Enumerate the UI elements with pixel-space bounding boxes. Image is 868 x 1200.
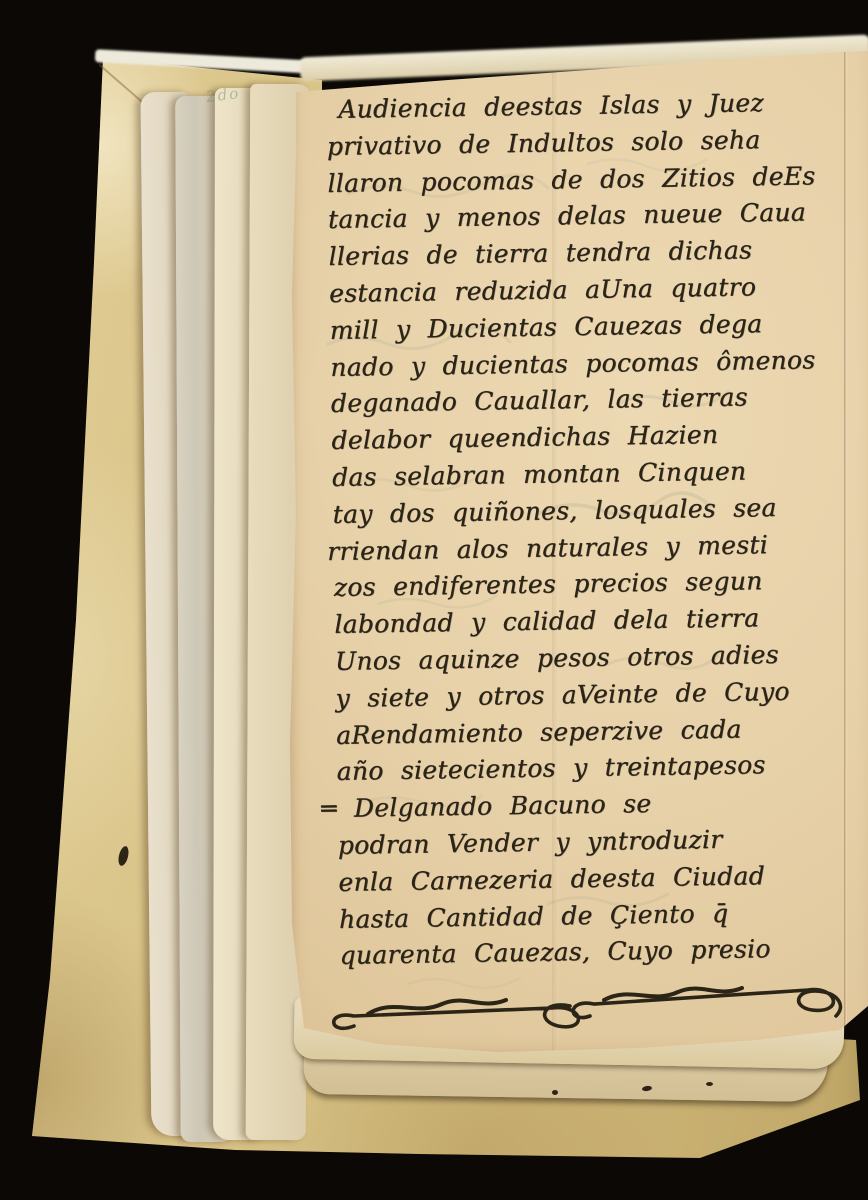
manuscript-photo: 2do Audiencia deestas Islas y Juezprivat… (0, 0, 868, 1200)
manuscript-text: Audiencia deestas Islas y Juezprivativo … (326, 84, 864, 975)
closing-flourish (320, 972, 854, 1052)
ink-speck (706, 1082, 713, 1086)
ink-speck (552, 1090, 558, 1095)
